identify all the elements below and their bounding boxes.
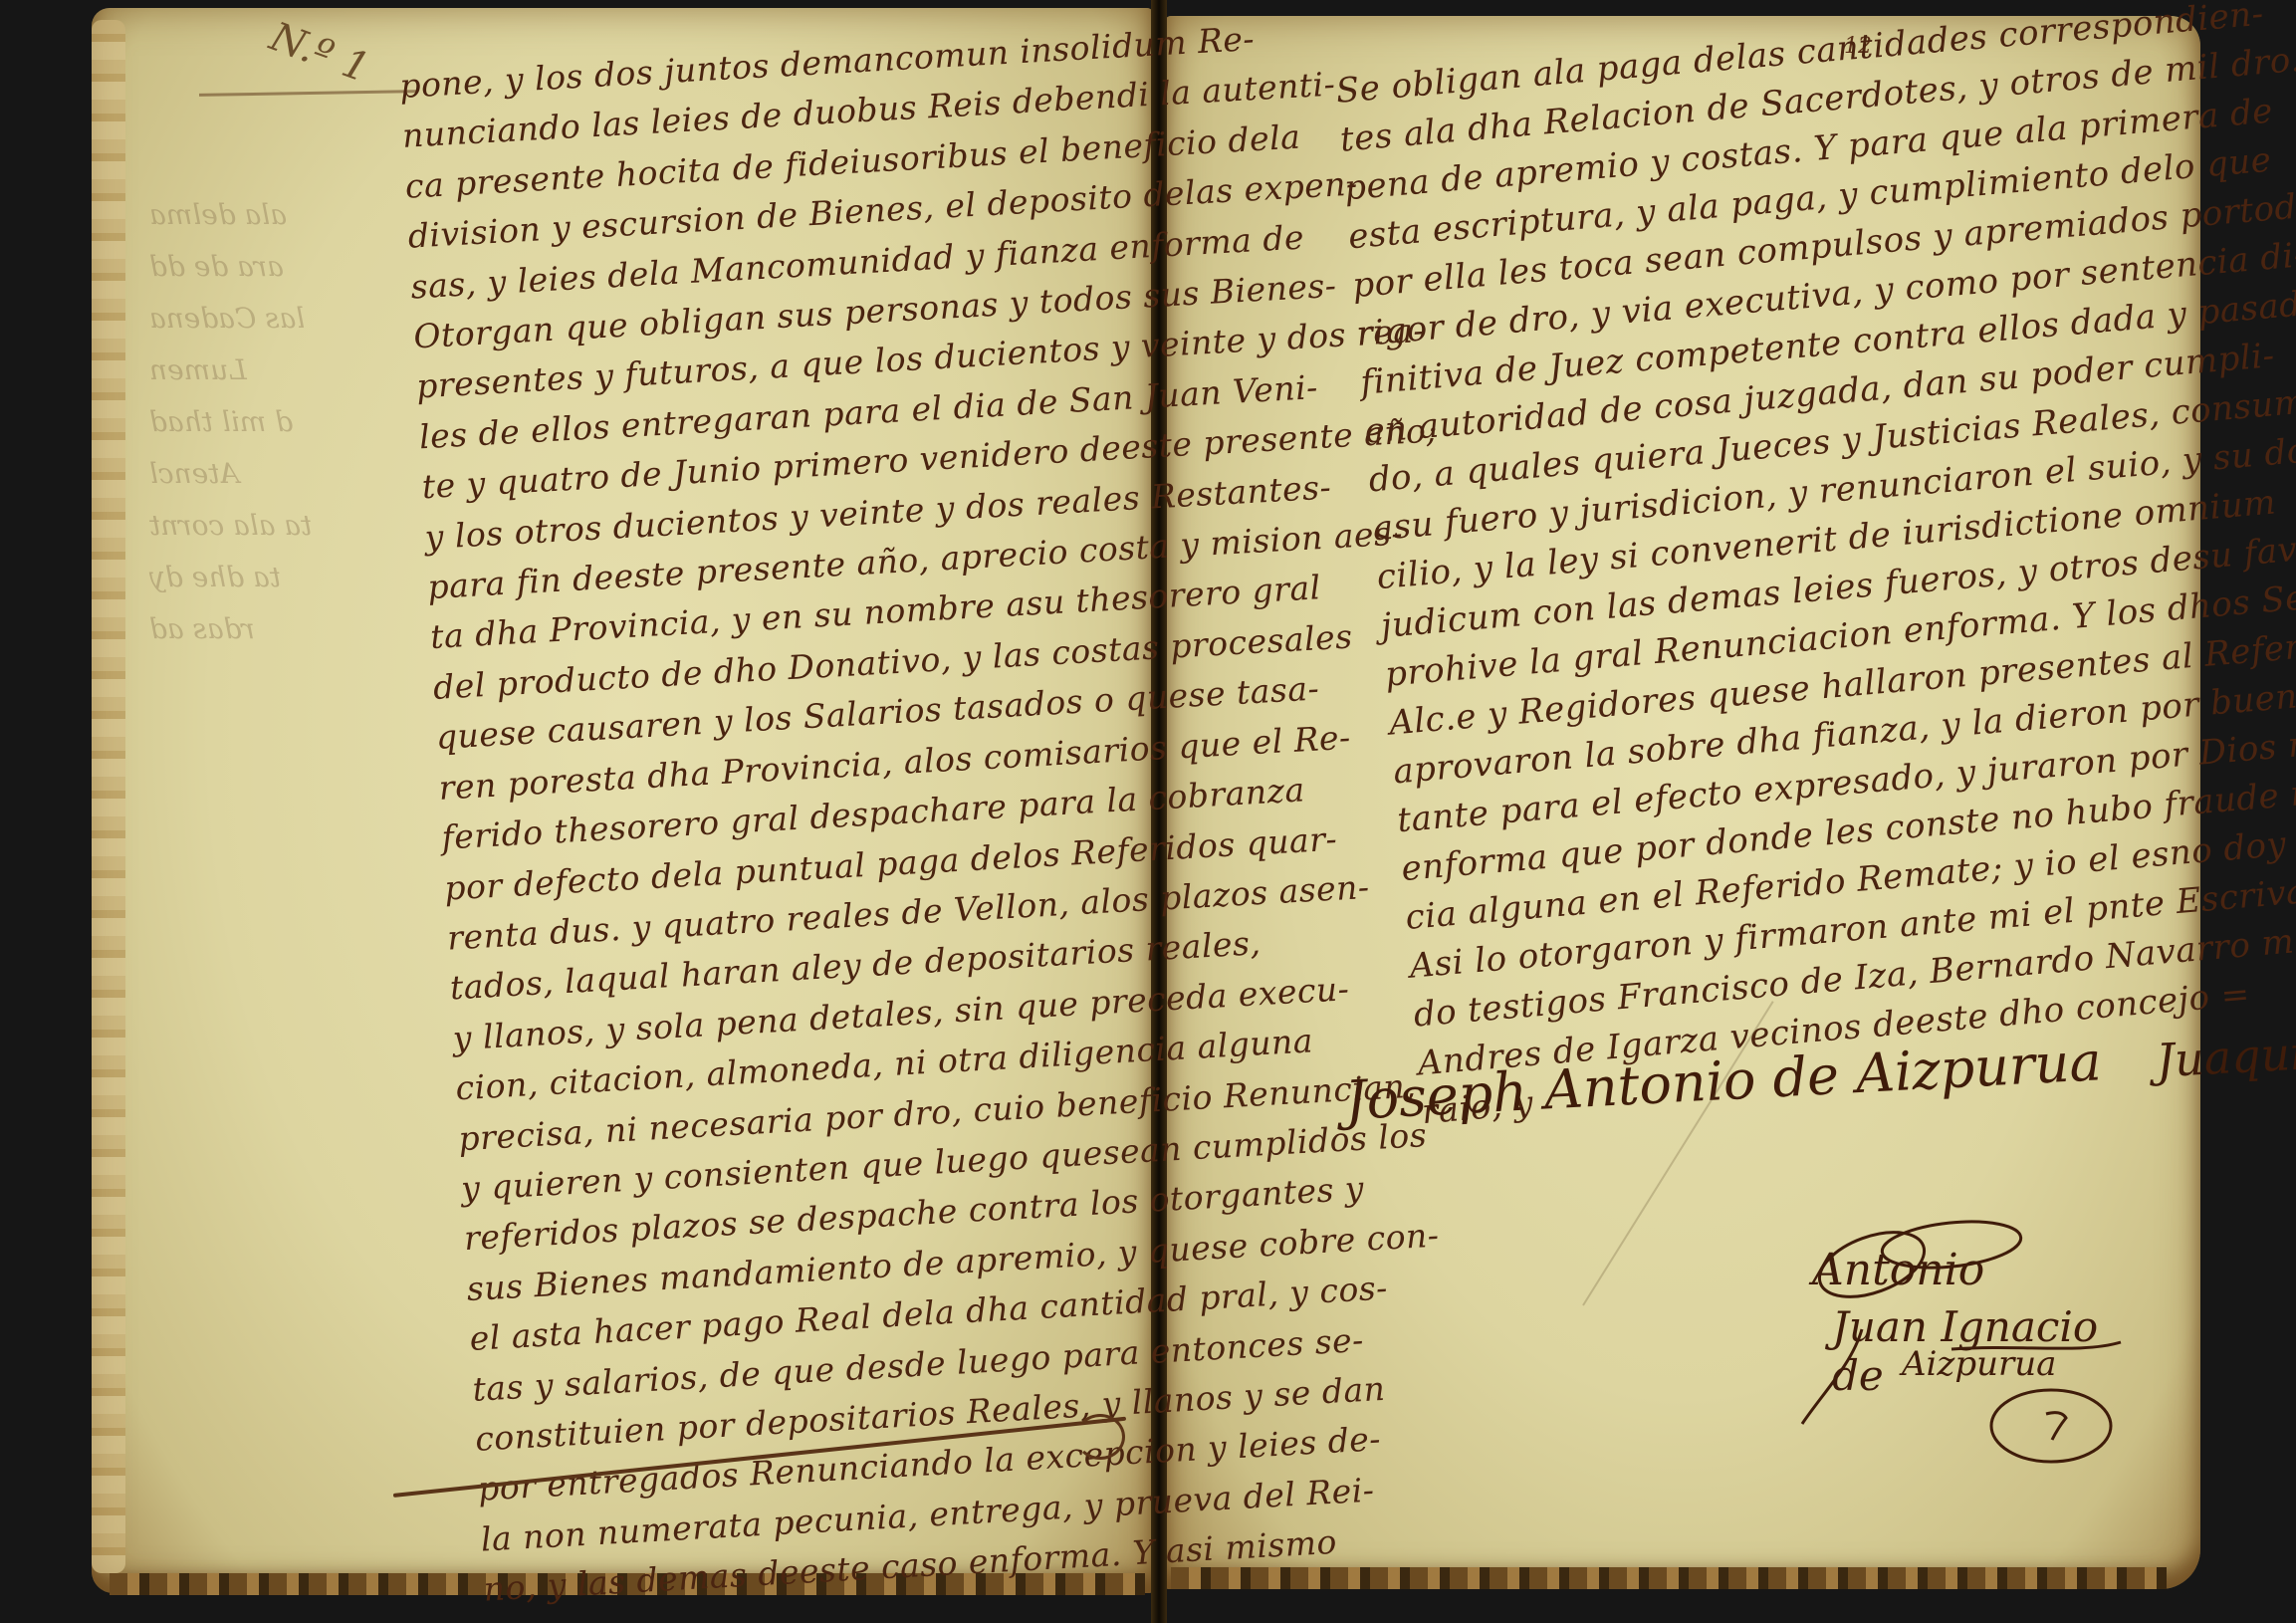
notary-rubric: Antonio Juan Ignacio de Aizpurua: [1792, 1195, 2151, 1474]
right-page-bottom-edge: [1171, 1567, 2167, 1589]
left-page-text: pone, y los dos juntos demancomun insoli…: [398, 5, 1500, 1615]
rubric-line-3: Aizpurua: [1902, 1344, 2056, 1384]
left-page-frayed-edge: [92, 20, 125, 1573]
bleed-through-text: ala delma ara de dd las Cadena Lumen d m…: [149, 189, 378, 655]
rubric-line-1: Antonio: [1812, 1245, 1984, 1295]
right-page-text: Se obligan ala paga delas cantidades cor…: [1334, 0, 2296, 1137]
flourish-loop: [1075, 1414, 1125, 1460]
